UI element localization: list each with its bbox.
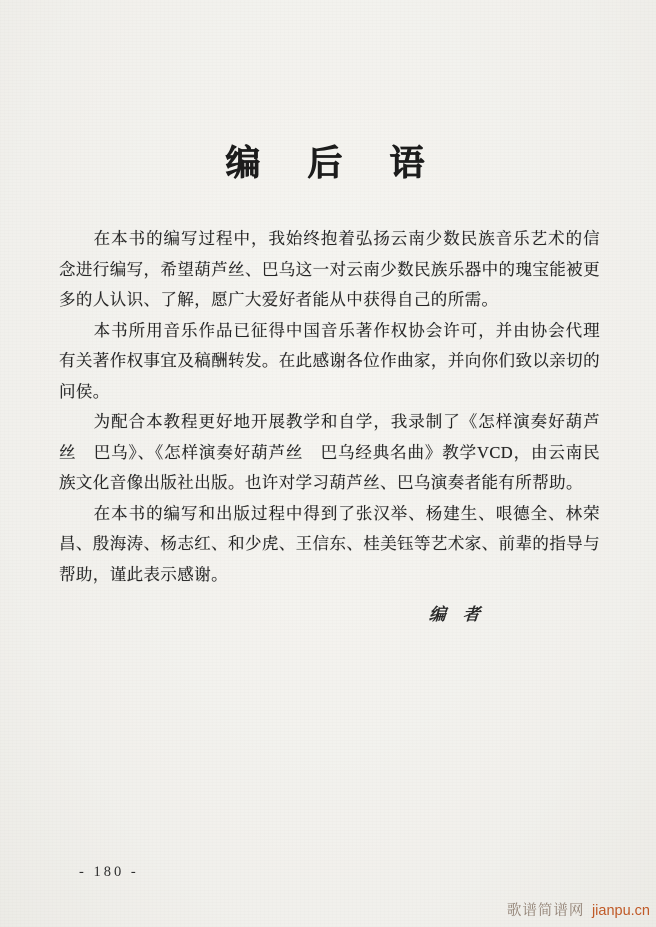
editor-signature: 编 者 (428, 600, 481, 625)
scanned-book-page: 编 后 语 在本书的编写过程中，我始终抱着弘扬云南少数民族音乐艺术的信念进行编写… (0, 0, 656, 927)
watermark-url: jianpu.cn (592, 903, 650, 919)
paragraph-1: 在本书的编写过程中，我始终抱着弘扬云南少数民族音乐艺术的信念进行编写，希望葫芦丝… (59, 224, 600, 316)
watermark: 歌谱简谱网 jianpu.cn (507, 899, 650, 920)
paragraph-4: 在本书的编写和出版过程中得到了张汉举、杨建生、哏德全、林荣昌、殷海涛、杨志红、和… (59, 499, 600, 591)
body-text: 在本书的编写过程中，我始终抱着弘扬云南少数民族音乐艺术的信念进行编写，希望葫芦丝… (59, 224, 600, 590)
page-title: 编 后 语 (0, 136, 656, 186)
page-number: - 180 - (79, 864, 139, 881)
paragraph-3: 为配合本教程更好地开展教学和自学，我录制了《怎样演奏好葫芦丝 巴乌》、《怎样演奏… (59, 407, 600, 499)
paragraph-2: 本书所用音乐作品已征得中国音乐著作权协会许可，并由协会代理有关著作权事宜及稿酬转… (59, 316, 600, 408)
watermark-site-name: 歌谱简谱网 (507, 903, 585, 919)
